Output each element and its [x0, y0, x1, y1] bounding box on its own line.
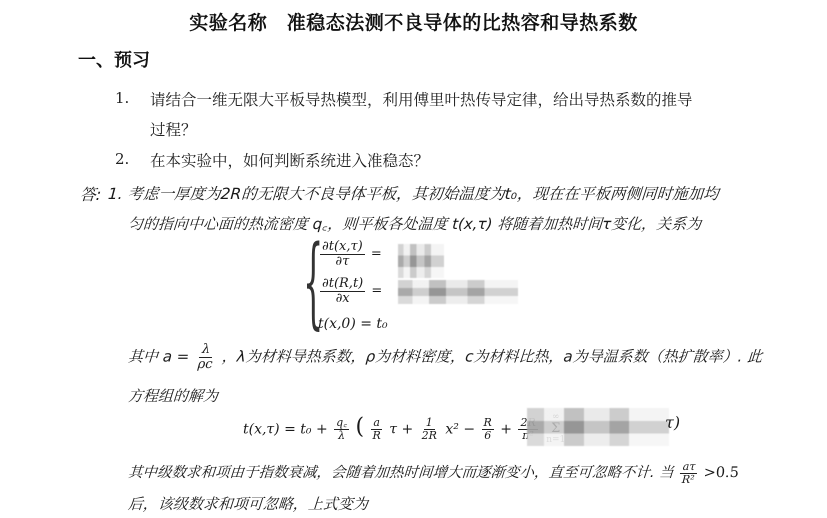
- param-prefix: 其中 a =: [127, 348, 190, 366]
- equation-2: ∂t(R,t)∂x =: [318, 277, 382, 305]
- param-frac-num: λ: [199, 343, 212, 358]
- eq1-denominator: ∂τ: [333, 255, 351, 269]
- answer-line-2: 匀的指向中心面的热流密度 q꜀，则平板各处温度 t(x,τ) 将随着加热时间τ变…: [127, 213, 702, 234]
- sol-qc-num: q꜀: [334, 417, 349, 430]
- answer-line-1: 1. 考虑一厚度为2R的无限大不良导体平板，其初始温度为t₀，现在在平板两侧同时…: [107, 182, 719, 204]
- equation-3: t(x,0) = t₀: [318, 316, 388, 332]
- sol-r-den: 6: [482, 430, 493, 442]
- param-text: ，λ为材料导热系数，ρ为材料密度，c为材料比热，a为导温系数（热扩散率）. 此: [221, 348, 763, 366]
- cond-rhs: >0.5: [703, 465, 739, 481]
- decay-line: 其中级数求和项由于指数衰减，会随着加热时间增大而逐渐变小，直至可忽略不计. 当 …: [127, 461, 740, 485]
- sol-plus: +: [500, 421, 512, 437]
- solution-intro: 方程组的解为: [127, 385, 218, 406]
- eq2-denominator: ∂x: [334, 292, 352, 306]
- equation-1: ∂t(x,τ)∂τ =: [318, 240, 382, 268]
- sol-one-den: 2R: [420, 430, 439, 442]
- sol-a-num: a: [371, 417, 382, 430]
- answer-label: 答:: [79, 182, 102, 205]
- sol-tau-plus: τ +: [389, 421, 413, 437]
- redacted-eq2-rhs: [398, 280, 518, 304]
- eq1-numerator: ∂t(x,τ): [320, 240, 365, 255]
- sol-a-den: R: [371, 430, 383, 442]
- cond-num: aτ: [680, 461, 698, 474]
- eq2-numerator: ∂t(R,t): [320, 277, 365, 292]
- sol-open-paren: (: [355, 414, 364, 439]
- question-1-text: 请结合一维无限大平板导热模型，利用傅里叶热传导定律，给出导热系数的推导: [150, 88, 693, 110]
- sol-qc-den: λ: [336, 430, 347, 442]
- question-2-text: 在本实验中，如何判断系统进入准稳态？: [150, 149, 429, 171]
- redacted-series-term: [527, 408, 669, 446]
- sol-lhs: t(x,τ) = t₀ +: [243, 421, 328, 437]
- eq1-equals: =: [371, 247, 382, 262]
- question-1-number: 1.: [115, 89, 129, 107]
- sol-one-num: 1: [424, 417, 435, 430]
- param-frac-den: ρc: [195, 358, 215, 372]
- redacted-eq1-rhs: [398, 244, 444, 278]
- experiment-title: 实验名称 准稳态法测不良导体的比热容和导热系数: [0, 8, 827, 35]
- param-line: 其中 a = λρc ，λ为材料导热系数，ρ为材料密度，c为材料比热，a为导温系…: [127, 343, 763, 371]
- question-1-text-cont: 过程？: [150, 118, 197, 140]
- sol-tail: τ): [665, 413, 680, 432]
- section-heading-preview: 一、预习: [78, 46, 150, 72]
- decay-text: 其中级数求和项由于指数衰减，会随着加热时间增大而逐渐变小，直至可忽略不计. 当: [127, 465, 674, 481]
- cond-den: R²: [679, 474, 697, 486]
- answer-last-line: 后，该级数求和项可忽略，上式变为: [127, 493, 368, 514]
- solution-formula: t(x,τ) = t₀ + q꜀λ ( aR τ + 12R x² − R6 +…: [243, 413, 567, 446]
- sol-x2-minus: x² −: [445, 421, 475, 437]
- sol-r-num: R: [482, 417, 494, 430]
- question-2-number: 2.: [115, 150, 129, 168]
- eq2-equals: =: [371, 284, 382, 299]
